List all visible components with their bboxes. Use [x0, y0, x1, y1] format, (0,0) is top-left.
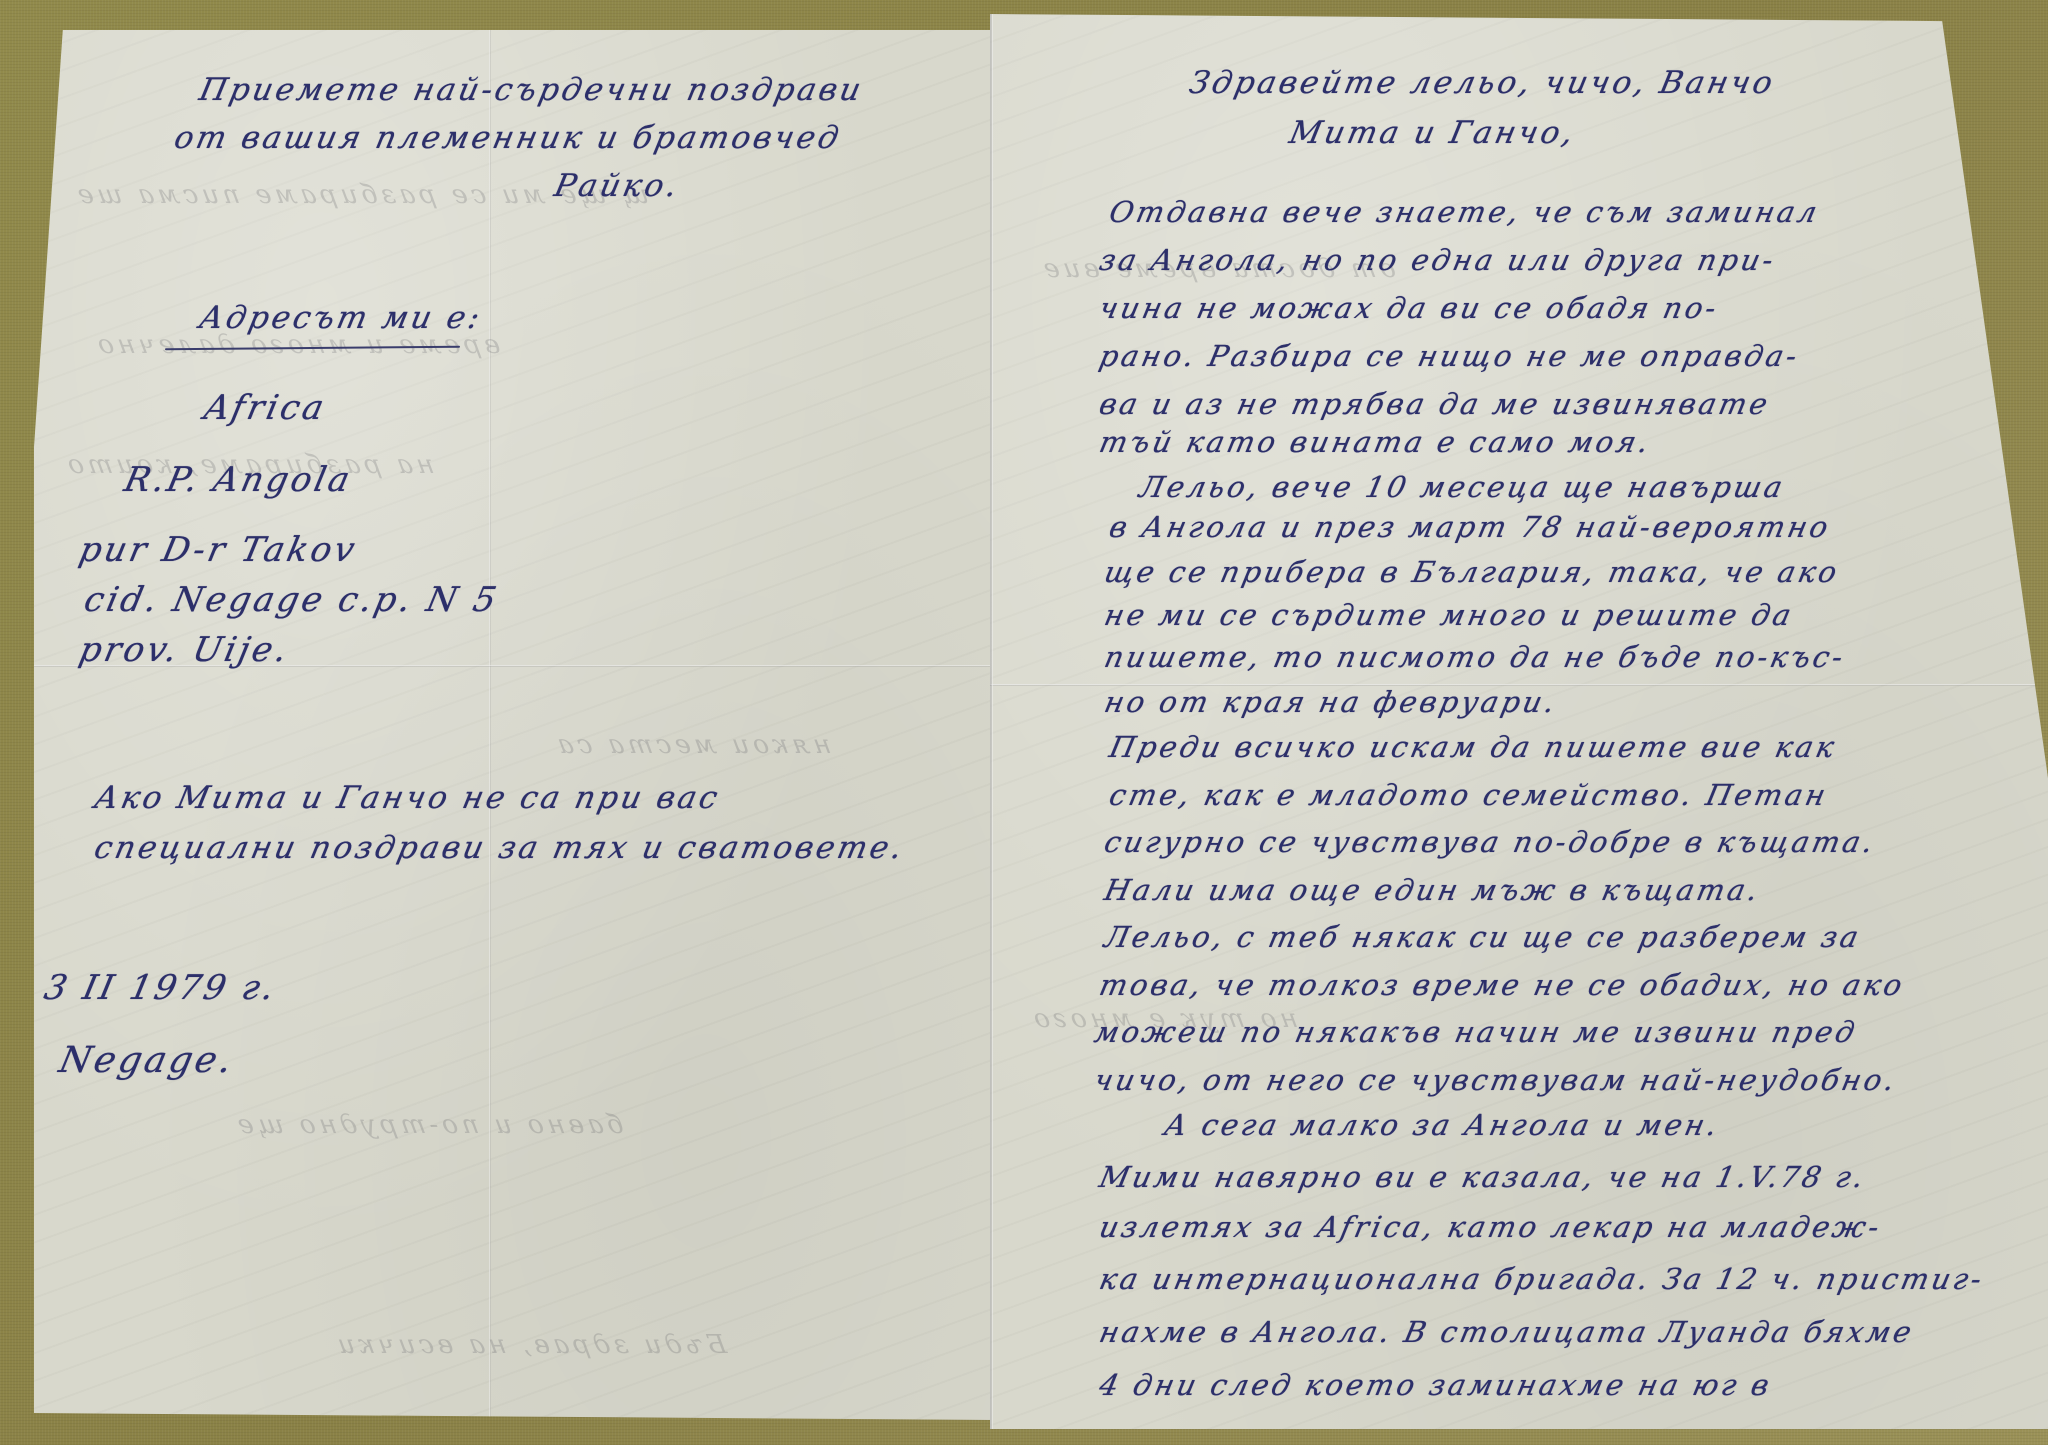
closing-line: Приемете най-сърдечни поздрави: [196, 72, 867, 108]
body-line: Лельо, вече 10 месеца ще навърша: [1136, 470, 1788, 504]
signature: Райко.: [551, 168, 683, 204]
body-line: можеш по някакъв начин ме извини пред: [1091, 1015, 1860, 1049]
address-line: prov. Uije.: [76, 630, 294, 670]
body-line: ка интернационална бригада. За 12 ч. при…: [1096, 1262, 1987, 1296]
body-line: 4 дни след което заминахме на юг в: [1096, 1368, 1775, 1402]
address-heading: Адресът ми е:: [196, 300, 486, 336]
paper-fold-vertical: [489, 30, 491, 1420]
bleed-through-text: Бъди здрав, на всички: [331, 1330, 728, 1360]
greeting-line: Мита и Ганчо,: [1286, 115, 1579, 151]
body-line: А сега малко за Ангола и мен.: [1161, 1108, 1723, 1142]
body-line: ва и аз не трябва да ме извинявате: [1096, 387, 1773, 421]
body-line: ще се прибера в България, така, че ако: [1101, 555, 1842, 589]
postscript-line: Ако Мита и Ганчо не са при вас: [91, 780, 723, 816]
body-line: Отдавна вече знаете, че съм заминал: [1106, 195, 1823, 229]
body-line: не ми се сърдите много и решите да: [1101, 598, 1797, 632]
body-line: сигурно се чувствува по-добре в къщата.: [1101, 825, 1879, 859]
address-line: Africa: [201, 388, 330, 428]
address-line: pur D-r Takov: [76, 530, 361, 570]
body-line: пишете, то писмото да не бъде по-къс-: [1101, 640, 1849, 674]
letter-left-page: щ ще ми се разбираме писма ше време и мн…: [34, 30, 994, 1420]
body-line: но от края на февруари.: [1101, 685, 1560, 719]
greeting-line: Здравейте лельо, чичо, Ванчо: [1186, 65, 1778, 101]
bleed-through-text: някои места са: [551, 730, 833, 760]
body-line: тъй като вината е само моя.: [1096, 425, 1654, 459]
address-line: R.P. Angola: [121, 460, 356, 500]
body-line: сте, как е младото семейство. Петан: [1106, 778, 1831, 812]
body-line: за Ангола, но по една или друга при-: [1096, 243, 1779, 277]
bleed-through-text: бавно и по-трудно ще: [231, 1110, 625, 1140]
body-line: в Ангола и през март 78 най-вероятно: [1106, 510, 1834, 544]
postscript-line: специални поздрави за тях и сватовете.: [91, 830, 908, 866]
body-line: Лельо, с теб някак си ще се разберем за: [1101, 920, 1864, 954]
body-line: Преди всичко искам да пишете вие как: [1106, 730, 1840, 764]
body-line: това, че толкоз време не се обадих, но а…: [1096, 968, 1908, 1002]
body-line: рано. Разбира се нищо не ме оправда-: [1096, 339, 1803, 373]
page-divider-fold: [990, 14, 993, 1429]
letter-date: 3 II 1979 г.: [41, 968, 281, 1008]
body-line: чичо, от него се чувствувам най-неудобно…: [1091, 1063, 1900, 1097]
body-line: чина не можах да ви се обадя по-: [1096, 291, 1722, 325]
body-line: Мими навярно ви е казала, че на 1.V.78 г…: [1096, 1160, 1869, 1194]
letter-place: Negage.: [56, 1040, 239, 1081]
closing-line: от вашия племенник и братовчед: [171, 120, 845, 156]
body-line: нахме в Ангола. В столицата Луанда бяхме: [1096, 1315, 1917, 1349]
body-line: Нали има още един мъж в къщата.: [1101, 873, 1763, 907]
body-line: излетях за Africa, като лекар на младеж-: [1096, 1210, 1885, 1244]
address-line: cid. Negage c.p. N 5: [81, 580, 503, 620]
